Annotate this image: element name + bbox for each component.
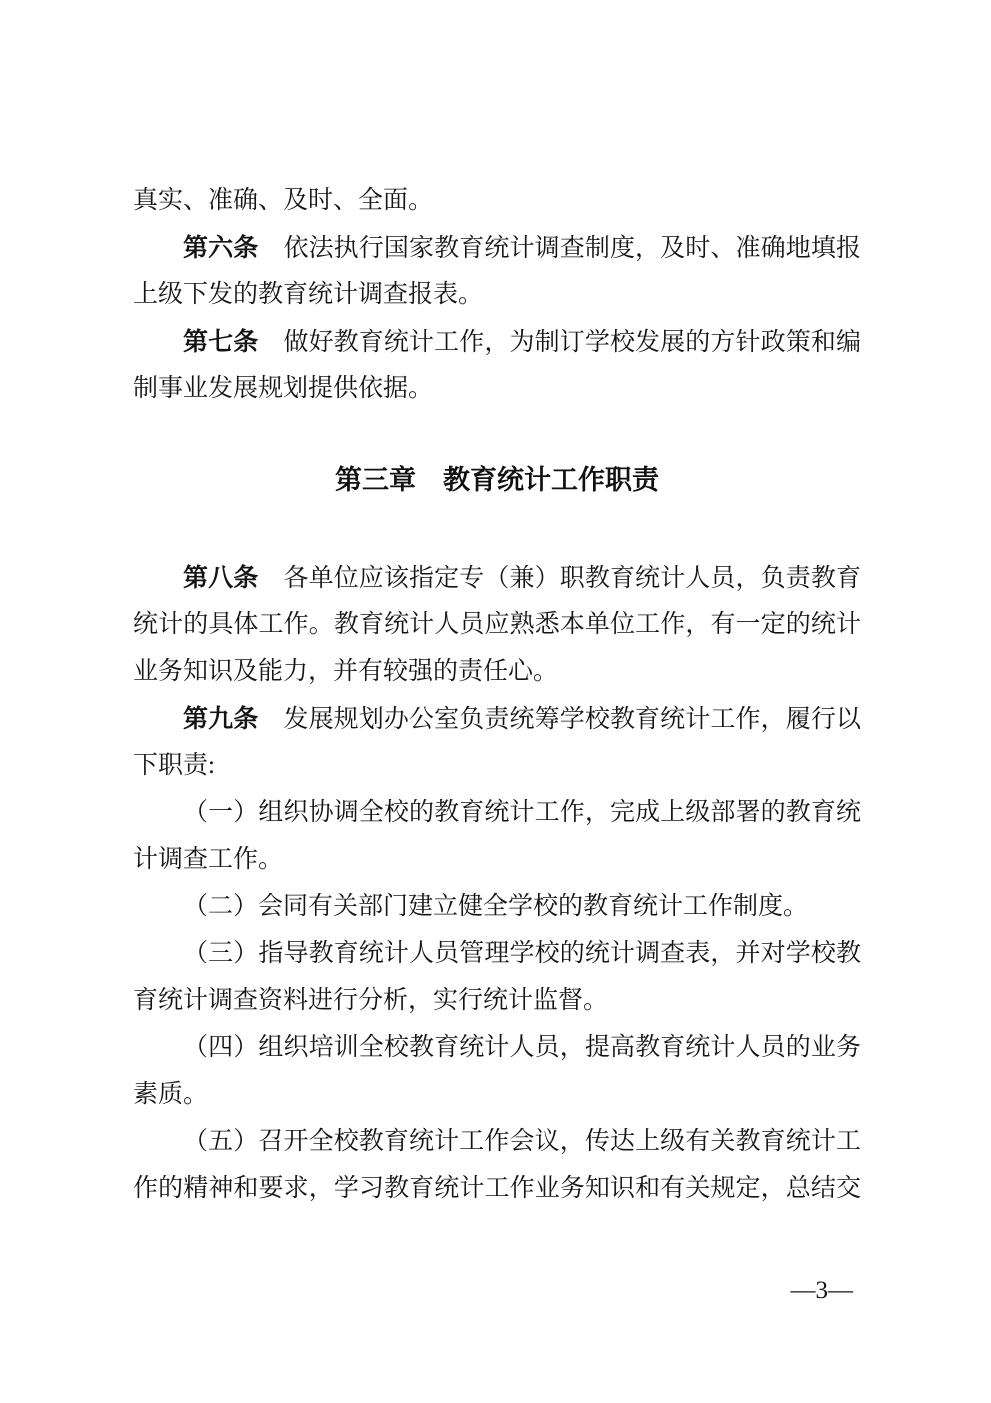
line-text: （四）组织培训全校教育统计人员，提高教育统计人员的业务: [183, 1034, 861, 1061]
line-text: 做好教育统计工作，为制订学校发展的方针政策和编: [258, 329, 861, 356]
text-line-item-1: （一）组织协调全校的教育统计工作，完成上级部署的教育统: [133, 789, 861, 836]
line-text: 发展规划办公室负责统筹学校教育统计工作，履行以: [258, 706, 861, 733]
text-line-article-9: 第九条 发展规划办公室负责统筹学校教育统计工作，履行以: [133, 695, 861, 742]
article-number: 第九条: [183, 704, 258, 733]
text-line-item-3: （三）指导教育统计人员管理学校的统计调查表，并对学校教: [133, 930, 861, 977]
text-line: 计调查工作。: [133, 836, 861, 883]
line-text: 统计的具体工作。教育统计人员应熟悉本单位工作，有一定的统计: [133, 611, 861, 638]
line-text: 各单位应该指定专（兼）职教育统计人员，负责教育: [258, 565, 861, 592]
document-page: 真实、准确、及时、全面。 第六条 依法执行国家教育统计调查制度，及时、准确地填报…: [0, 0, 991, 1403]
line-text: 依法执行国家教育统计调查制度，及时、准确地填报: [258, 235, 861, 262]
text-line: 上级下发的教育统计调查报表。: [133, 271, 861, 318]
chapter-heading: 第三章 教育统计工作职责: [133, 457, 861, 504]
text-line: 真实、准确、及时、全面。: [133, 177, 861, 224]
text-line-item-4: （四）组织培训全校教育统计人员，提高教育统计人员的业务: [133, 1024, 861, 1071]
article-number: 第六条: [183, 233, 258, 262]
line-text: 制事业发展规划提供依据。: [133, 375, 433, 402]
line-text: 下职责:: [133, 752, 215, 779]
line-text: 真实、准确、及时、全面。: [133, 187, 433, 214]
line-text: 业务知识及能力，并有较强的责任心。: [133, 658, 558, 685]
line-text: （一）组织协调全校的教育统计工作，完成上级部署的教育统: [183, 799, 861, 826]
text-line: 统计的具体工作。教育统计人员应熟悉本单位工作，有一定的统计: [133, 601, 861, 648]
text-line: 下职责:: [133, 742, 861, 789]
line-text: （五）召开全校教育统计工作会议，传达上级有关教育统计工: [183, 1128, 861, 1155]
text-line: 制事业发展规划提供依据。: [133, 365, 861, 412]
text-line: 作的精神和要求，学习教育统计工作业务知识和有关规定，总结交: [133, 1165, 861, 1212]
line-text: 上级下发的教育统计调查报表。: [133, 281, 483, 308]
line-text: 育统计调查资料进行分析，实行统计监督。: [133, 987, 608, 1014]
text-column: 真实、准确、及时、全面。 第六条 依法执行国家教育统计调查制度，及时、准确地填报…: [133, 177, 861, 1212]
line-text: （二）会同有关部门建立健全学校的教育统计工作制度。: [183, 893, 808, 920]
line-text: 素质。: [133, 1081, 208, 1108]
text-line-article-8: 第八条 各单位应该指定专（兼）职教育统计人员，负责教育: [133, 554, 861, 601]
text-line-item-5: （五）召开全校教育统计工作会议，传达上级有关教育统计工: [133, 1118, 861, 1165]
text-line: 育统计调查资料进行分析，实行统计监督。: [133, 977, 861, 1024]
line-text: 作的精神和要求，学习教育统计工作业务知识和有关规定，总结交: [133, 1175, 861, 1202]
article-number: 第八条: [183, 563, 258, 592]
text-line: 业务知识及能力，并有较强的责任心。: [133, 648, 861, 695]
page-number: —3—: [791, 1276, 854, 1305]
article-number: 第七条: [183, 327, 258, 356]
line-text: 计调查工作。: [133, 846, 283, 873]
line-text: （三）指导教育统计人员管理学校的统计调查表，并对学校教: [183, 940, 861, 967]
text-line-item-2: （二）会同有关部门建立健全学校的教育统计工作制度。: [133, 883, 861, 930]
text-line-article-6: 第六条 依法执行国家教育统计调查制度，及时、准确地填报: [133, 224, 861, 271]
text-line-article-7: 第七条 做好教育统计工作，为制订学校发展的方针政策和编: [133, 318, 861, 365]
text-line: 素质。: [133, 1071, 861, 1118]
